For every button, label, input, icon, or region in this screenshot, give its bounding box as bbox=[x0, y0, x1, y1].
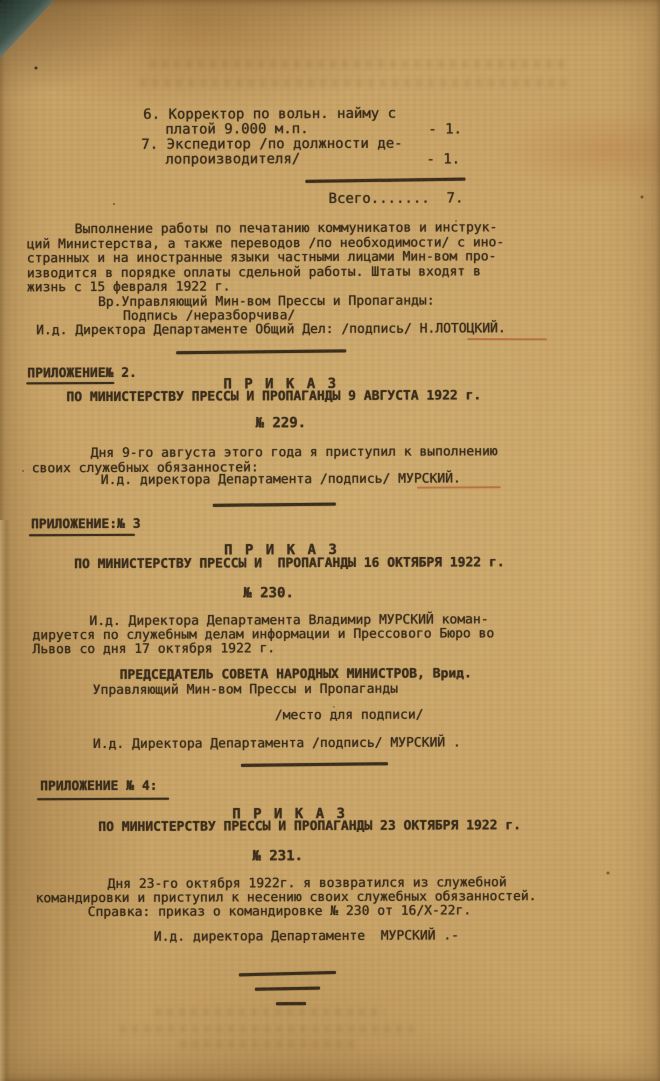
appendix-4-order-subheading: ПО МИНИСТЕРСТВУ ПРЕССЫ И ПРОПАГАНДЫ 23 О… bbox=[98, 819, 521, 835]
appendix-3-signature: И.д. Директора Департамента /подпись/ МУ… bbox=[93, 736, 461, 752]
appendix-2-order-subheading: ПО МИНИСТЕРСТВУ ПРЕССЫ И ПРОПАГАНДЫ 9 АВ… bbox=[66, 389, 481, 405]
closing-dash-line bbox=[276, 1002, 306, 1005]
appendix-2-signature: И.д. директора Департамента /подпись/ МУ… bbox=[101, 472, 461, 488]
appendix-4-label-underline bbox=[37, 798, 169, 801]
appendix-2-label-underline bbox=[26, 382, 114, 384]
appendix-3-order-subheading: ПО МИНИСТЕРСТВУ ПРЕССЫ И ПРОПАГАНДЫ 16 О… bbox=[74, 556, 505, 572]
appendix-4-label: ПРИЛОЖЕНИЕ № 4: bbox=[40, 780, 157, 795]
red-underline-mursky bbox=[417, 486, 501, 488]
appendix-3-order-number: № 230. bbox=[243, 586, 294, 601]
section-separator-line bbox=[213, 503, 336, 507]
appendix-4-body-line: Справка: приказ о командировке № 230 от … bbox=[88, 904, 472, 920]
intro-paragraph-line: изводится в порядке оплаты сдельной рабо… bbox=[27, 265, 481, 281]
red-underline-lotocky bbox=[467, 338, 547, 340]
appendix-3-signature-place: /место для подписи/ bbox=[275, 709, 424, 724]
staff-item-7-line2: лопроизводителя/ bbox=[165, 152, 300, 168]
appendix-3-label-underline bbox=[29, 534, 135, 536]
appendix-3-chairman-line2: Управляющий Мин-вом Прессы и Пропаганды bbox=[93, 683, 398, 698]
appendix-3-chairman-line1: ПРЕДСЕДАТЕЛЬ СОВЕТА НАРОДНЫХ МИНИСТРОВ, … bbox=[120, 667, 472, 683]
staff-item-7-count: - 1. bbox=[426, 152, 460, 167]
section-separator-line bbox=[176, 349, 346, 353]
intro-paragraph-line: жизнь с 15 февраля 1922 г. bbox=[27, 280, 231, 295]
scanned-document-page: 6. Корректор по вольн. найму с платой 9.… bbox=[0, 0, 660, 1081]
section-separator-line bbox=[241, 762, 388, 766]
appendix-4-signature: И.д. директора Департаменте МУРСКИЙ .- bbox=[154, 929, 459, 944]
appendix-3-label: ПРИЛОЖЕНИЕ:№ 3 bbox=[31, 518, 141, 532]
total-separator-line bbox=[305, 178, 465, 183]
intro-director-signature: И.д. Директора Департаменте Общий Дел: /… bbox=[36, 322, 506, 338]
staff-item-6-count: - 1. bbox=[428, 122, 462, 137]
appendix-2-body-line: Дня 9-го августа этого года я приступил … bbox=[91, 445, 498, 461]
appendix-4-order-number: № 231. bbox=[252, 849, 303, 864]
appendix-2-label: ПРИЛОЖЕНИЕ№ 2. bbox=[27, 367, 137, 381]
closing-dash-line bbox=[239, 971, 336, 976]
typewritten-content: 6. Корректор по вольн. найму с платой 9.… bbox=[0, 0, 660, 1081]
staff-total: Всего....... 7. bbox=[328, 191, 463, 207]
appendix-2-order-number: № 229. bbox=[255, 416, 306, 431]
appendix-3-body-line: Львов со дня 17 октября 1922 г. bbox=[32, 642, 275, 657]
closing-dash-line bbox=[255, 987, 320, 991]
